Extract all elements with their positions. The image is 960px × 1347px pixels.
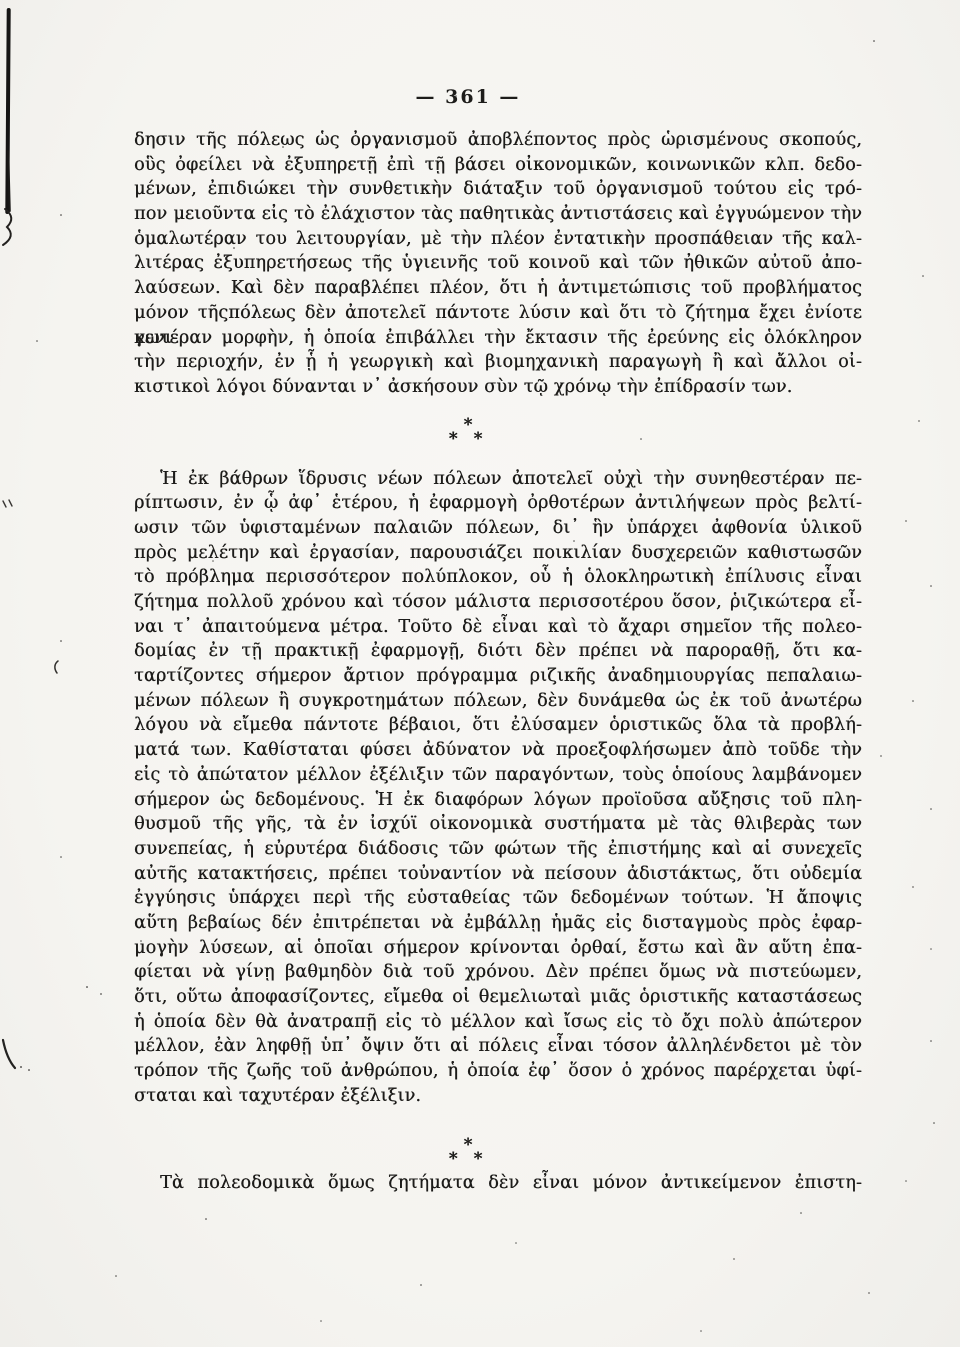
scan-noise-speck [60,640,62,642]
scan-noise-speck [918,420,920,422]
text-line: φίεται νὰ γίνῃ βαθμηδὸν διὰ τοῦ χρόνου. … [134,960,862,985]
scan-noise-speck [733,1258,735,1260]
scan-noise-speck [912,700,914,702]
text-line: μένων, ἐπιδιώκει τὴν συνθετικὴν διάταξιν… [134,177,862,202]
text-line: μόνον τῆςπόλεως δὲν ἀποτελεῖ πάντοτε λύσ… [134,301,862,326]
text-line: αὕτη βεβαίως δέν ἐπιτρέπεται νὰ ἐμβάλλῃ … [134,911,862,936]
text-line: κιστικοὶ λόγοι δύνανται ν᾽ ἀσκήσουν σὺν … [134,375,862,400]
scan-noise-speck [573,540,575,542]
text-line: λόγου νὰ εἴμεθα πάντοτε βέβαιοι, ὅτι ἐλύ… [134,713,862,738]
text-line: ματά των. Καθίσταται φύσει ἀδύνατον νὰ π… [134,738,862,763]
scan-noise-speck [922,275,924,277]
scan-noise-speck [930,585,932,587]
handwritten-brace-mark [0,206,22,250]
text-line: κωτέραν μορφὴν, ἡ ὁποία ἐπιβάλλει τὴν ἔκ… [134,326,862,351]
text-line: θυσμοῦ τῆς γῆς, τὰ ἐν ἰσχύϊ οἰκονομικὰ σ… [134,812,862,837]
handwritten-slash-mark [0,1038,26,1078]
scan-noise-speck [912,886,914,888]
scan-noise-speck [930,1040,932,1042]
scanned-page: — 361 — δησιν τῆς πόλεως ὡς ὀργανισμοῦ ἀ… [0,0,960,1347]
text-line: ὁμαλωτέραν του λειτουργίαν, μὲ τὴν πλέον… [134,227,862,252]
text-line: δησιν τῆς πόλεως ὡς ὀργανισμοῦ ἀποβλέπον… [134,128,862,153]
scan-noise-speck [140,940,142,942]
scan-noise-speck [933,1122,935,1124]
text-line: ταρτίζοντες σήμερον ἄρτιον πρόγραμμα ριζ… [134,664,862,689]
page-number: — 361 — [104,86,832,108]
scan-noise-speck [320,1320,322,1322]
asterism-bottom-stars: * * [104,1152,832,1166]
scan-noise-speck [905,1180,907,1182]
handwritten-tick-marks [1,498,17,512]
text-line: μένων πόλεων ἢ συγκροτημάτων πόλεων, δὲν… [134,689,862,714]
scan-noise-speck [212,560,214,562]
text-line: αὐτῆς κατακτήσεις, πρέπει τοὐναντίον νὰ … [134,862,862,887]
scan-noise-speck [233,247,235,249]
scan-noise-speck [700,1330,702,1332]
text-line: σταται καὶ ταχυτέραν ἐξέλιξιν. [134,1084,862,1109]
scan-noise-speck [420,1284,422,1286]
text-line: λιτέρας ἐξυπηρετήσεως τῆς ὑγιεινῆς τοῦ κ… [134,251,862,276]
scan-noise-speck [282,146,284,148]
text-line: λαύσεων. Καὶ δὲν παραβλέπει πλέον, ὅτι ἡ… [134,276,862,301]
scan-noise-speck [60,214,62,216]
scan-noise-speck [115,1275,117,1277]
asterism-separator: ** * [104,1138,832,1168]
scan-noise-speck [868,1292,870,1294]
scan-noise-speck [873,40,875,42]
scan-noise-speck [100,993,102,995]
scan-noise-speck [20,1066,22,1068]
paragraph: Τὰ πολεοδομικὰ ὅμως ζητήματα δὲν εἶναι μ… [134,1171,862,1196]
scan-noise-speck [930,808,932,810]
text-line: ὅτι, οὕτω ἀποφασίζοντες, εἴμεθα οἱ θεμελ… [134,985,862,1010]
text-line: εἰς τὸ ἀπώτατον μέλλον ἐξέλιξιν τῶν παρα… [134,763,862,788]
text-line: τὸ πρόβλημα περισσότερον πολύπλοκον, οὗ … [134,565,862,590]
text-line: μογὴν λύσεων, αἱ ὁποῖαι σήμερον κρίνοντα… [134,936,862,961]
scan-noise-speck [800,1212,802,1214]
paren-ink-mark [50,659,62,675]
text-line: πον μειοῦντα εἰς τὸ ἐλάχιστον τὰς παθητι… [134,202,862,227]
text-line: σήμερον ὡς δεδομένους. Ἡ ἐκ διαφόρων λόγ… [134,788,862,813]
text-line: ωσιν τῶν ὑφισταμένων παλαιῶν πόλεων, δι᾽… [134,516,862,541]
asterism-separator: ** * [104,418,832,448]
scan-noise-speck [28,1069,30,1071]
scan-noise-speck [905,520,907,522]
asterism-bottom-stars: * * [104,432,832,446]
text-line: ἡ ὁποία δὲν θὰ ἀνατραπῇ εἰς τὸ μέλλον κα… [134,1010,862,1035]
text-line: δομίας ἐν τῇ πρακτικῇ ἐφαρμογῇ, διότι δὲ… [134,639,862,664]
scan-noise-speck [880,755,882,757]
scan-noise-speck [515,1242,517,1244]
scan-streak-taper-artifact [7,150,11,212]
text-line: ρίπτωσιν, ἐν ᾧ ἀφ᾽ ἑτέρου, ἡ ἐφαρμογὴ ὀρ… [134,491,862,516]
text-line: μέλλον, ἐὰν ληφθῇ ὑπ᾽ ὄψιν ὅτι αἱ πόλεις… [134,1034,862,1059]
text-column: δησιν τῆς πόλεως ὡς ὀργανισμοῦ ἀποβλέπον… [134,128,862,1196]
text-line: ἐγγύησις ὑπάρχει περὶ τῆς εὐσταθείας τῶν… [134,886,862,911]
text-line: Τὰ πολεοδομικὰ ὅμως ζητήματα δὲν εἶναι μ… [134,1171,862,1196]
paragraph: δησιν τῆς πόλεως ὡς ὀργανισμοῦ ἀποβλέπον… [134,128,862,400]
text-line: Ἡ ἐκ βάθρων ἵδρυσις νέων πόλεων ἀποτελεῖ… [134,467,862,492]
scan-noise-speck [455,95,457,97]
paragraph: Ἡ ἐκ βάθρων ἵδρυσις νέων πόλεων ἀποτελεῖ… [134,467,862,1109]
text-line: τρόπον τῆς ζωῆς τοῦ ἀνθρώπου, ἡ ὁποία ἐφ… [134,1059,862,1084]
scan-noise-speck [86,986,88,988]
text-line: συνεπείας, ἡ εὐρυτέρα διάδοσις τῶν φώτων… [134,837,862,862]
scan-noise-speck [36,340,38,342]
scan-noise-speck [148,498,150,500]
text-line: οὓς ὀφείλει νὰ ἐξυπηρετῇ ἐπὶ τῇ βάσει οἰ… [134,153,862,178]
text-line: τὴν περιοχήν, ἐν ᾗ ἡ γεωργικὴ καὶ βιομηχ… [134,350,862,375]
text-line: ναι τ᾽ ἀπαιτούμενα μέτρα. Τοῦτο δὲ εἶναι… [134,615,862,640]
text-line: πρὸς μελέτην καὶ ἐργασίαν, παρουσιάζει π… [134,541,862,566]
scan-noise-speck [205,1218,207,1220]
scan-noise-speck [930,948,932,950]
text-line: ζήτημα πολλοῦ χρόνου καὶ τόσον μάλιστα π… [134,590,862,615]
scan-noise-speck [640,438,642,440]
scan-noise-speck [60,856,62,858]
